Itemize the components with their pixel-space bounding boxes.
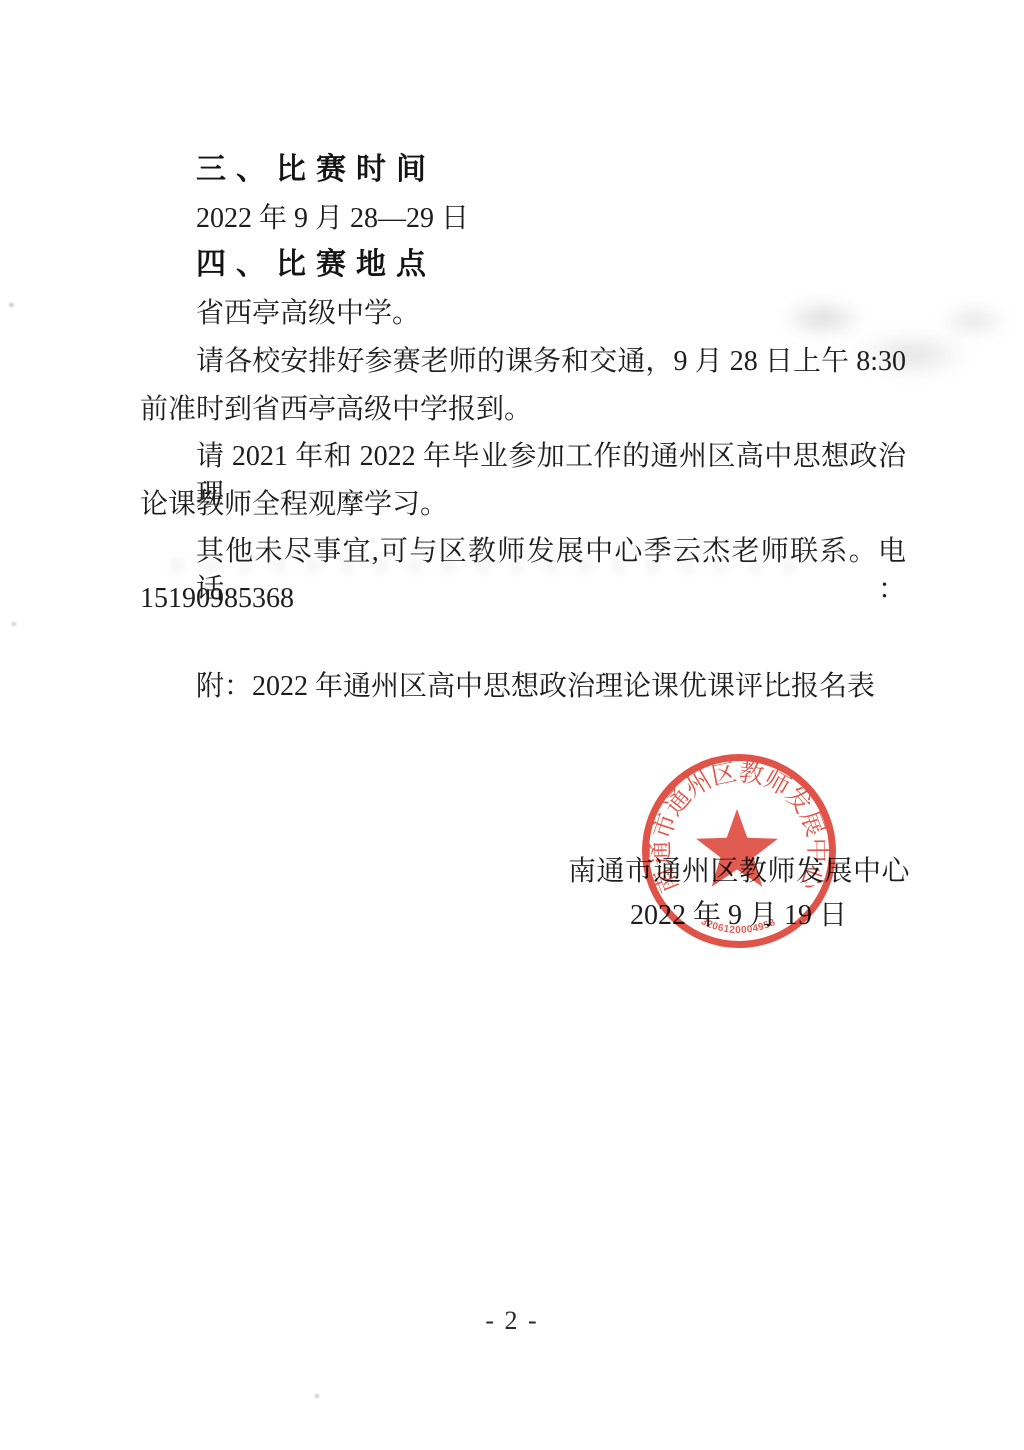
contact-phone-number: 15190985368	[140, 580, 294, 618]
section-heading-time: 三、比赛时间	[196, 151, 436, 189]
official-seal: 南通市通州区教师发展中心 3206120004958	[634, 746, 844, 956]
para-transport-line2: 前准时到省西亭高级中学报到。	[140, 391, 532, 429]
bleedthrough-smudge	[750, 280, 1010, 400]
competition-date: 2022 年 9 月 28—29 日	[196, 200, 469, 238]
attachment-line: 附：2022 年通州区高中思想政治理论课优课评比报名表	[196, 668, 875, 706]
para-transport-line1: 请各校安排好参赛老师的课务和交通，9 月 28 日上午 8:30	[196, 343, 906, 381]
page-number: - 2 -	[0, 1302, 1024, 1340]
scan-speck	[12, 622, 16, 626]
scan-speck	[9, 303, 14, 307]
para-observe-line2: 论课教师全程观摩学习。	[140, 486, 448, 524]
section-heading-place: 四、比赛地点	[196, 246, 436, 284]
seal-star-icon	[696, 809, 778, 887]
document-page: 三、比赛时间 2022 年 9 月 28—29 日 四、比赛地点 省西亭高级中学…	[0, 0, 1024, 1450]
competition-location: 省西亭高级中学。	[196, 295, 420, 333]
seal-serial-number: 3206120004958	[699, 916, 777, 936]
scan-speck	[315, 1394, 319, 1398]
para-contact-line1: 其他未尽事宜,可与区教师发展中心季云杰老师联系。电话：	[196, 533, 906, 609]
